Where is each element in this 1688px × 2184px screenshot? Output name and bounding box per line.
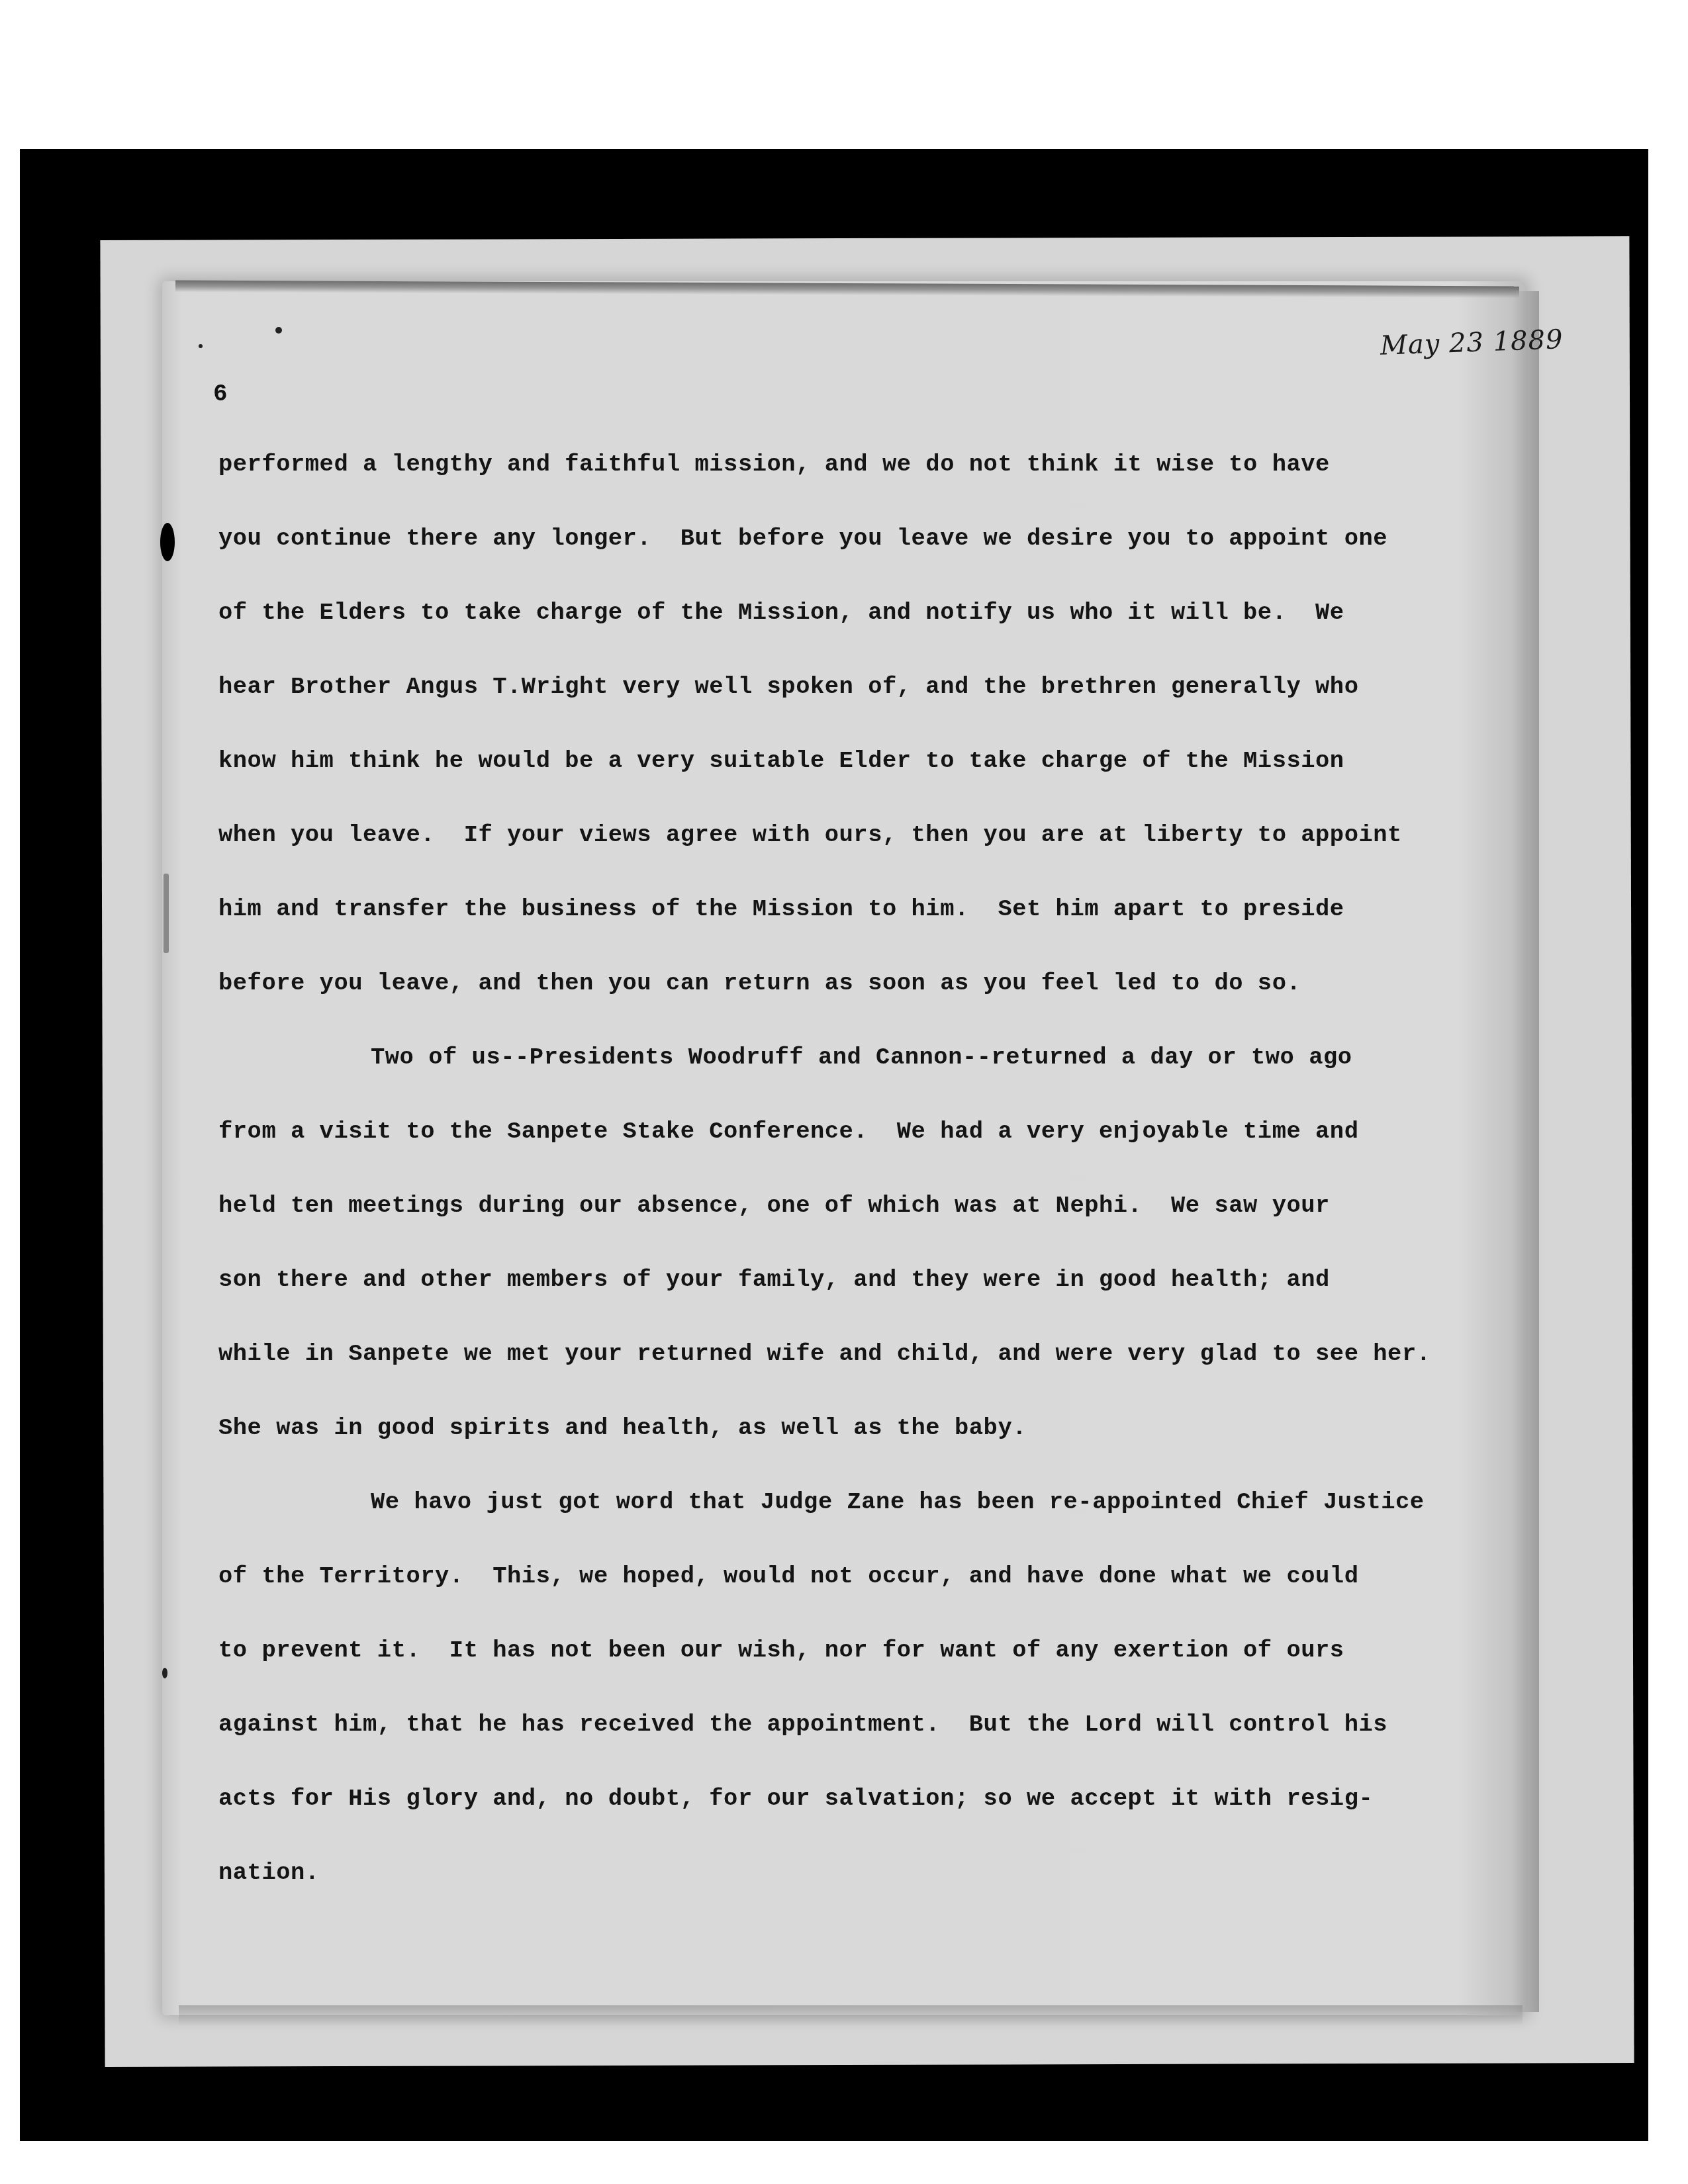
text-line: him and transfer the business of the Mis… — [218, 889, 1529, 964]
letter-body: performed a lengthy and faithful mission… — [218, 445, 1529, 1927]
speck-mark — [275, 327, 282, 334]
text-line: against him, that he has received the ap… — [218, 1705, 1529, 1779]
text-line: you continue there any longer. But befor… — [218, 519, 1529, 593]
text-line: of the Elders to take charge of the Miss… — [218, 593, 1529, 667]
text-line: nation. — [218, 1853, 1529, 1927]
text-line: know him think he would be a very suitab… — [218, 741, 1529, 815]
paragraph: Two of us--Presidents Woodruff and Canno… — [218, 1038, 1529, 1482]
text-line: before you leave, and then you can retur… — [218, 964, 1529, 1038]
text-line: She was in good spirits and health, as w… — [218, 1408, 1529, 1482]
text-line: son there and other members of your fami… — [218, 1260, 1529, 1334]
page-number: 6 — [213, 381, 228, 408]
text-line: acts for His glory and, no doubt, for ou… — [218, 1779, 1529, 1853]
text-line: hear Brother Angus T.Wright very well sp… — [218, 667, 1529, 741]
handwritten-date: May 23 1889 — [1380, 324, 1564, 361]
edge-mark — [164, 874, 169, 953]
speck-mark — [162, 1668, 167, 1678]
paragraph: performed a lengthy and faithful mission… — [218, 445, 1529, 1038]
text-line: from a visit to the Sanpete Stake Confer… — [218, 1112, 1529, 1186]
text-line: while in Sanpete we met your returned wi… — [218, 1334, 1529, 1408]
text-line: to prevent it. It has not been our wish,… — [218, 1631, 1529, 1705]
text-line: held ten meetings during our absence, on… — [218, 1186, 1529, 1260]
page-bottom-edge-shadow — [179, 2005, 1523, 2025]
paragraph: We havo just got word that Judge Zane ha… — [218, 1482, 1529, 1927]
text-line: of the Territory. This, we hoped, would … — [218, 1557, 1529, 1631]
speck-mark — [199, 344, 203, 348]
text-line: We havo just got word that Judge Zane ha… — [218, 1482, 1529, 1557]
text-line: performed a lengthy and faithful mission… — [218, 445, 1529, 519]
text-line: Two of us--Presidents Woodruff and Canno… — [218, 1038, 1529, 1112]
text-line: when you leave. If your views agree with… — [218, 815, 1529, 889]
binder-hole-mark — [160, 523, 175, 561]
